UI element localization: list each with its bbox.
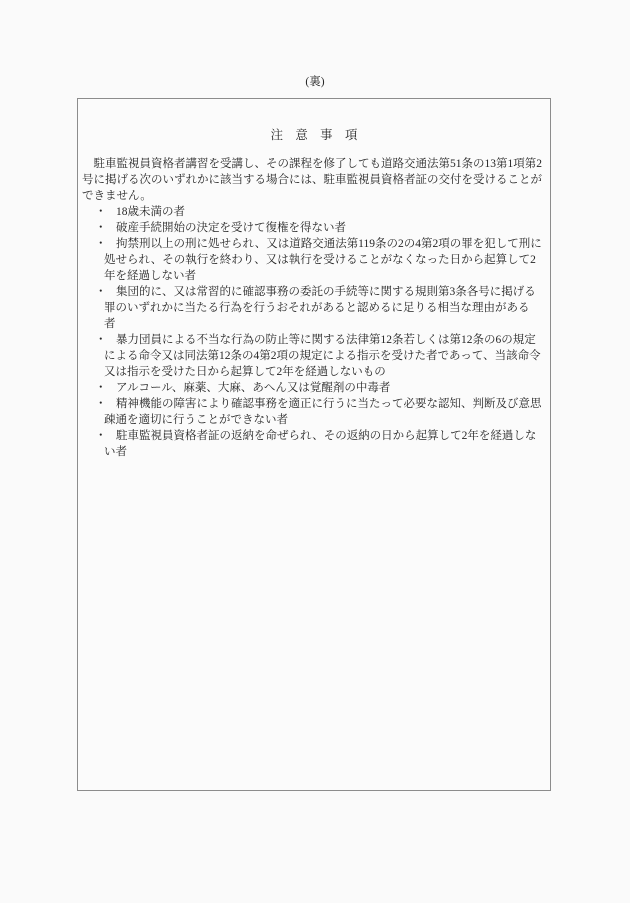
bullet-marker: ・ bbox=[95, 284, 107, 300]
item-line: 駐車監視員資格者証の返納を命ぜられ、その返納の日から起算して2年を経過しな bbox=[104, 428, 546, 444]
bullet-marker: ・ bbox=[95, 236, 107, 252]
list-item: ・18歳未満の者 bbox=[82, 204, 546, 220]
bullet-marker: ・ bbox=[95, 204, 107, 220]
item-line: 集団的に、又は常習的に確認事務の委託の手続等に関する規則第3条各号に掲げる bbox=[104, 284, 546, 300]
item-line: 者 bbox=[104, 316, 546, 332]
intro-paragraph: 駐車監視員資格者講習を受講し、その課程を修了しても道路交通法第51条の13第1項… bbox=[78, 156, 550, 204]
item-line: アルコール、麻薬、大麻、あへん又は覚醒剤の中毒者 bbox=[104, 380, 546, 396]
notice-box: 注 意 事 項 駐車監視員資格者講習を受講し、その課程を修了しても道路交通法第5… bbox=[77, 98, 551, 791]
intro-line: 駐車監視員資格者講習を受講し、その課程を修了しても道路交通法第51条の13第1項… bbox=[82, 156, 546, 172]
list-item: ・アルコール、麻薬、大麻、あへん又は覚醒剤の中毒者 bbox=[82, 380, 546, 396]
notice-list: ・18歳未満の者・破産手続開始の決定を受けて復権を得ない者・拘禁刑以上の刑に処せ… bbox=[78, 204, 550, 460]
list-item: ・集団的に、又は常習的に確認事務の委託の手続等に関する規則第3条各号に掲げる罪の… bbox=[82, 284, 546, 332]
list-item: ・破産手続開始の決定を受けて復権を得ない者 bbox=[82, 220, 546, 236]
item-line: 精神機能の障害により確認事務を適正に行うに当たって必要な認知、判断及び意思 bbox=[104, 396, 546, 412]
item-line: による命令又は同法第12条の4第2項の規定による指示を受けた者であって、当該命令 bbox=[104, 348, 546, 364]
bullet-marker: ・ bbox=[95, 380, 107, 396]
item-line: 又は指示を受けた日から起算して2年を経過しないもの bbox=[104, 364, 546, 380]
notice-title: 注 意 事 項 bbox=[78, 127, 550, 143]
list-item: ・駐車監視員資格者証の返納を命ぜられ、その返納の日から起算して2年を経過しない者 bbox=[82, 428, 546, 460]
list-item: ・暴力団員による不当な行為の防止等に関する法律第12条若しくは第12条の6の規定… bbox=[82, 332, 546, 380]
bullet-marker: ・ bbox=[95, 332, 107, 348]
list-item: ・精神機能の障害により確認事務を適正に行うに当たって必要な認知、判断及び意思疎通… bbox=[82, 396, 546, 428]
bullet-marker: ・ bbox=[95, 220, 107, 236]
item-line: 疎通を適切に行うことができない者 bbox=[104, 412, 546, 428]
list-item: ・拘禁刑以上の刑に処せられ、又は道路交通法第119条の2の4第2項の罪を犯して刑… bbox=[82, 236, 546, 284]
intro-line: できません。 bbox=[82, 188, 546, 204]
item-line: 暴力団員による不当な行為の防止等に関する法律第12条若しくは第12条の6の規定 bbox=[104, 332, 546, 348]
intro-line: 号に掲げる次のいずれかに該当する場合には、駐車監視員資格者証の交付を受けることが bbox=[82, 172, 546, 188]
bullet-marker: ・ bbox=[95, 428, 107, 444]
item-line: い者 bbox=[104, 444, 546, 460]
bullet-marker: ・ bbox=[95, 396, 107, 412]
item-line: 拘禁刑以上の刑に処せられ、又は道路交通法第119条の2の4第2項の罪を犯して刑に bbox=[104, 236, 546, 252]
item-line: 18歳未満の者 bbox=[104, 204, 546, 220]
item-line: 処せられ、その執行を終わり、又は執行を受けることがなくなった日から起算して2 bbox=[104, 252, 546, 268]
page-side-label: (裏) bbox=[0, 74, 630, 90]
item-line: 罪のいずれかに当たる行為を行うおそれがあると認めるに足りる相当な理由がある bbox=[104, 300, 546, 316]
item-line: 破産手続開始の決定を受けて復権を得ない者 bbox=[104, 220, 546, 236]
item-line: 年を経過しない者 bbox=[104, 268, 546, 284]
